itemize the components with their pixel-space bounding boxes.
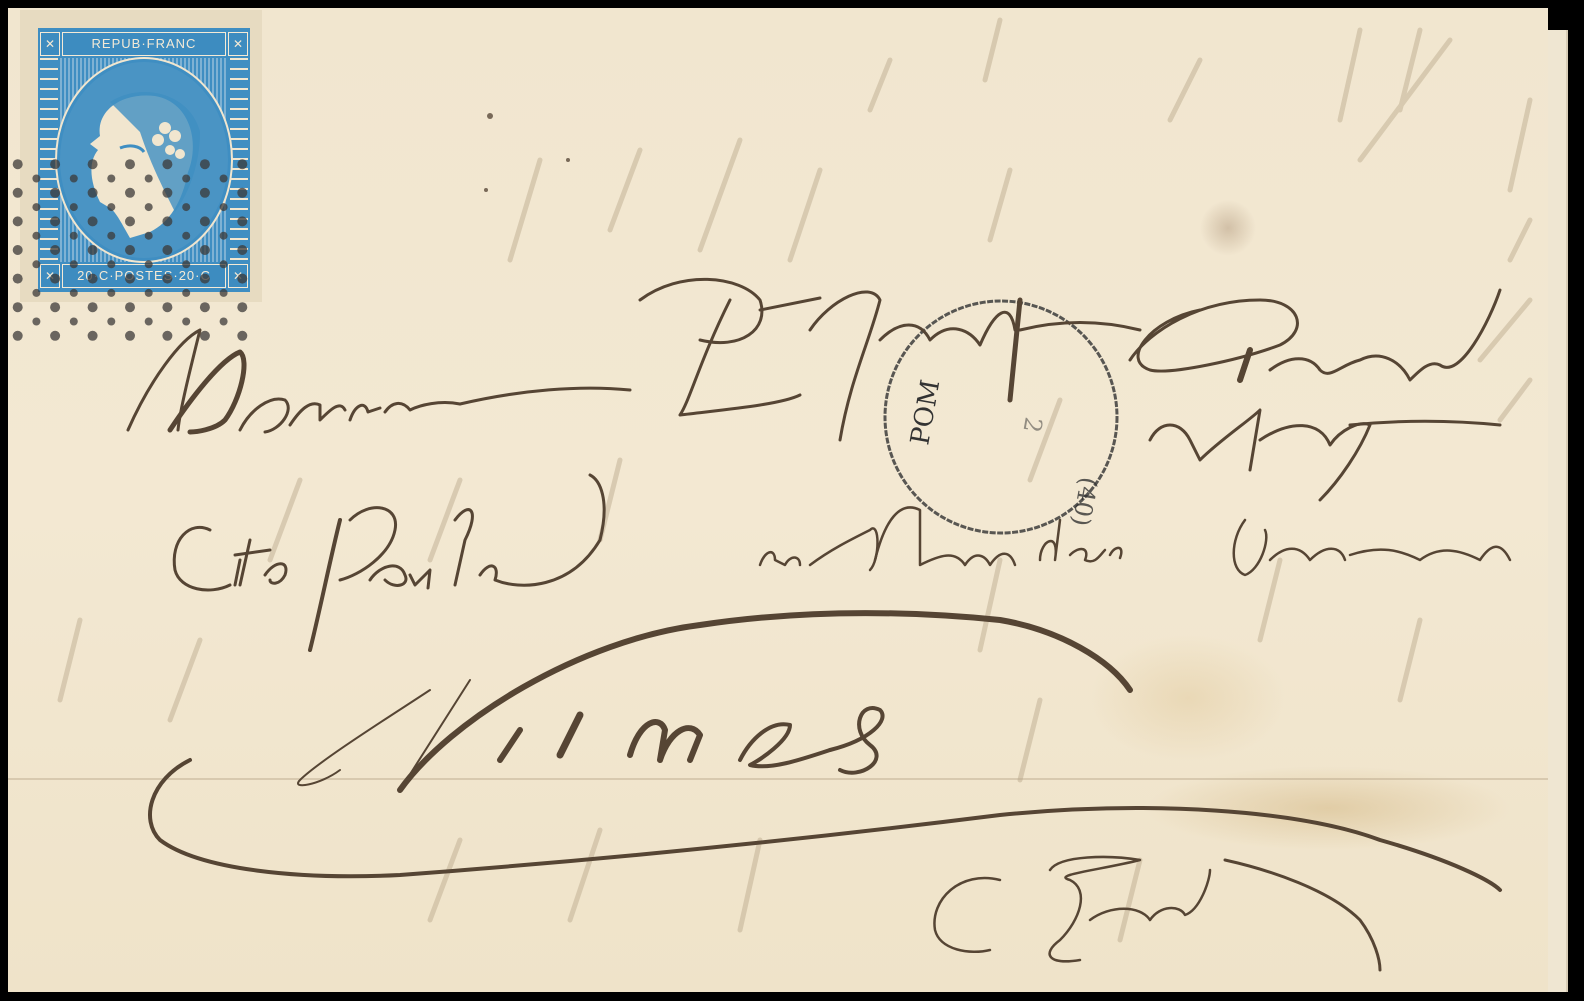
street-line-2-script [760,507,1510,575]
addressee-script [640,279,1500,440]
department-script [934,857,1380,970]
street-line-1-script [174,475,604,650]
city-script [298,613,1130,790]
addressee-line2-script [1150,410,1500,500]
handwritten-address [0,0,1584,1001]
salutation-script [128,330,630,432]
underline-flourish [150,760,1500,890]
